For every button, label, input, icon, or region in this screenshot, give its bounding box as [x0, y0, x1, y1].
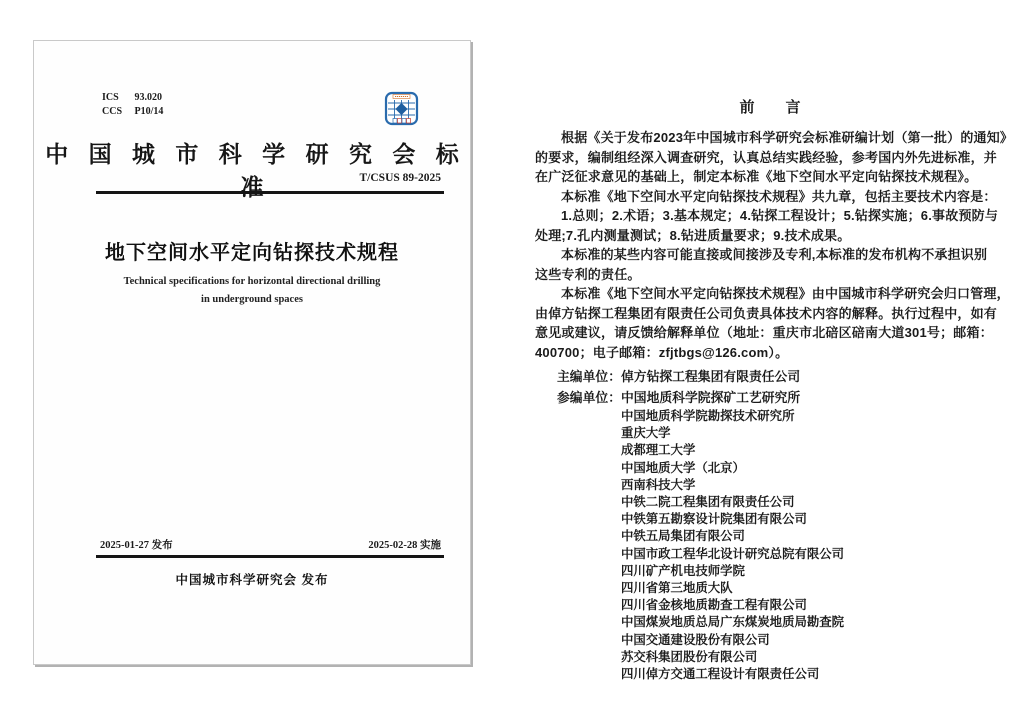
participant-item: 苏交科集团股份有限公司 — [535, 649, 1005, 666]
foreword-line: 这些专利的责任。 — [535, 265, 1005, 285]
foreword-line: 400700；电子邮箱：zfjtbgs@126.com）。 — [535, 343, 1005, 363]
editing-units: 主编单位：倬方钻探工程集团有限责任公司 参编单位：中国地质科学院探矿工艺研究所 … — [535, 366, 1005, 683]
ics-row: ICS 93.020 — [102, 91, 163, 105]
participant-item: 四川省金核地质勘查工程有限公司 — [535, 597, 1005, 614]
participant-item: 中国地质大学（北京） — [535, 460, 1005, 477]
participant-item: 重庆大学 — [535, 425, 1005, 442]
foreword-line: 本标准《地下空间水平定向钻探技术规程》共九章，包括主要技术内容是： — [535, 187, 1005, 207]
footer-rule — [96, 555, 444, 558]
participants-label: 参编单位： — [557, 390, 621, 405]
ics-value: 93.020 — [135, 92, 163, 103]
foreword-line: 的要求，编制组经深入调查研究，认真总结实践经验，参考国内外先进标准，并 — [535, 148, 1005, 168]
implementation-date: 2025-02-28 实施 — [368, 537, 441, 552]
ics-ccs-block: ICS 93.020 CCS P10/14 — [102, 91, 163, 119]
participant-item: 中国地质科学院勘探技术研究所 — [535, 408, 1005, 425]
foreword-line: 1.总则；2.术语；3.基本规定；4.钻探工程设计；5.钻探实施；6.事故预防与 — [535, 206, 1005, 226]
chief-editor-value: 倬方钻探工程集团有限责任公司 — [621, 369, 800, 384]
standard-number: T/CSUS 89-2025 — [360, 172, 441, 184]
foreword-line: 根据《关于发布2023年中国城市科学研究会标准研编计划（第一批）的通知》 — [535, 128, 1005, 148]
publisher-line: 中国城市科学研究会 发布 — [34, 570, 470, 588]
foreword-line: 本标准《地下空间水平定向钻探技术规程》由中国城市科学研究会归口管理， — [535, 284, 1005, 304]
ccs-value: P10/14 — [135, 106, 164, 117]
foreword-line: 由倬方钻探工程集团有限责任公司负责具体技术内容的解释。执行过程中，如有 — [535, 304, 1005, 324]
header-rule — [96, 191, 444, 194]
standard-title-english: Technical specifications for horizontal … — [34, 273, 470, 309]
ccs-label: CCS — [102, 105, 132, 119]
foreword-page: 前 言 根据《关于发布2023年中国城市科学研究会标准研编计划（第一批）的通知》… — [535, 96, 1005, 683]
participant-item: 中铁五局集团有限公司 — [535, 528, 1005, 545]
ics-label: ICS — [102, 91, 132, 105]
foreword-line: 本标准的某些内容可能直接或间接涉及专利,本标准的发布机构不承担识别 — [535, 245, 1005, 265]
participant-item: 中国交通建设股份有限公司 — [535, 632, 1005, 649]
cover-page: ICS 93.020 CCS P10/14 中 国 城 市 科 学 研 究 会 … — [33, 40, 471, 665]
participant-item: 中国地质科学院探矿工艺研究所 — [621, 390, 800, 405]
participant-item: 四川矿产机电技师学院 — [535, 563, 1005, 580]
ccs-row: CCS P10/14 — [102, 105, 163, 119]
participants-row: 参编单位：中国地质科学院探矿工艺研究所 — [535, 387, 1005, 408]
foreword-title: 前 言 — [535, 96, 1005, 117]
standard-title-english-line2: in underground spaces — [34, 291, 470, 309]
foreword-line: 意见或建议，请反馈给解释单位（地址：重庆市北碚区碚南大道301号；邮箱： — [535, 323, 1005, 343]
csus-society-logo-icon — [384, 89, 419, 134]
chief-editor-row: 主编单位：倬方钻探工程集团有限责任公司 — [535, 366, 1005, 387]
foreword-body: 根据《关于发布2023年中国城市科学研究会标准研编计划（第一批）的通知》 的要求… — [535, 128, 1005, 362]
standard-title-english-line1: Technical specifications for horizontal … — [34, 273, 470, 291]
foreword-line: 在广泛征求意见的基础上，制定本标准《地下空间水平定向钻探技术规程》。 — [535, 167, 1005, 187]
participant-item: 成都理工大学 — [535, 442, 1005, 459]
participant-item: 中国市政工程华北设计研究总院有限公司 — [535, 546, 1005, 563]
participant-item: 中国煤炭地质总局广东煤炭地质局勘查院 — [535, 614, 1005, 631]
participant-item: 西南科技大学 — [535, 477, 1005, 494]
participant-item: 中铁二院工程集团有限责任公司 — [535, 494, 1005, 511]
standard-title-chinese: 地下空间水平定向钻探技术规程 — [34, 236, 470, 265]
participant-item: 四川倬方交通工程设计有限责任公司 — [535, 666, 1005, 683]
dates-row: 2025-01-27 发布 2025-02-28 实施 — [100, 537, 441, 552]
chief-editor-label: 主编单位： — [557, 369, 621, 384]
foreword-line: 处理;7.孔内测量测试；8.钻进质量要求；9.技术成果。 — [535, 226, 1005, 246]
participant-item: 中铁第五勘察设计院集团有限公司 — [535, 511, 1005, 528]
issue-date: 2025-01-27 发布 — [100, 537, 173, 552]
participant-item: 四川省第三地质大队 — [535, 580, 1005, 597]
